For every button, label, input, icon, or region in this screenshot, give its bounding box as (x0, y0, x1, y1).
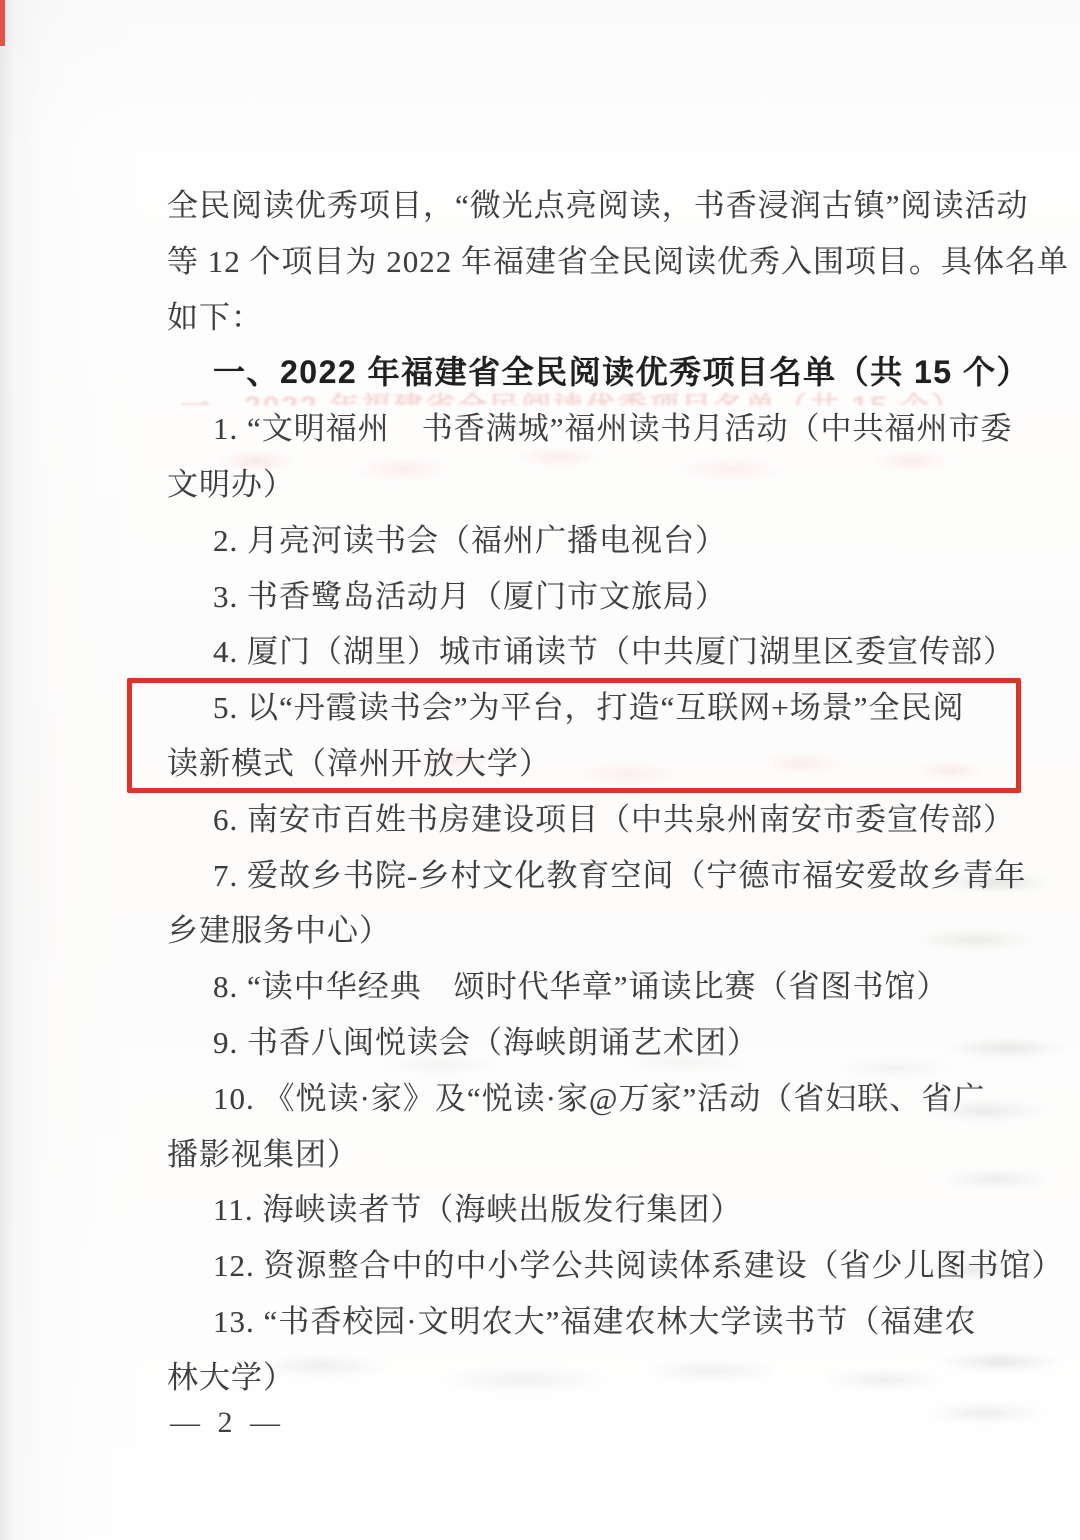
page-number: — 2 — (170, 1406, 285, 1440)
list-line-item2: 2. 月亮河读书会（福州广播电视台） (167, 513, 990, 569)
intro-line: 如下： (167, 290, 990, 346)
list-line-item10: 10. 《悦读·家》及“悦读·家@万家”活动（省妇联、省广 (167, 1071, 990, 1127)
list-line-item9: 9. 书香八闽悦读会（海峡朗诵艺术团） (167, 1015, 990, 1071)
scanned-document-page: 一、2022 年福建省全民阅读优秀项目名单（共 15 个） 全民阅读优秀项目，“… (0, 0, 1080, 1540)
list-line-item11: 11. 海峡读者节（海峡出版发行集团） (167, 1182, 990, 1238)
section-heading: 一、2022 年福建省全民阅读优秀项目名单（共 15 个） (167, 345, 990, 401)
list-line-item12: 12. 资源整合中的中小学公共阅读体系建设（省少儿图书馆） (167, 1238, 990, 1294)
intro-line: 全民阅读优秀项目，“微光点亮阅读，书香浸润古镇”阅读活动 (167, 178, 990, 234)
list-line-item1: 1. “文明福州 书香满城”福州读书月活动（中共福州市委 (167, 401, 990, 457)
list-line-item4: 4. 厦门（湖里）城市诵读节（中共厦门湖里区委宣传部） (167, 624, 990, 680)
scan-shadow-top (0, 0, 1080, 150)
scan-shadow-left (0, 0, 140, 1540)
list-line-item13: 13. “书香校园·文明农大”福建农林大学读书节（福建农 (167, 1294, 990, 1350)
list-line-item10-cont: 播影视集团） (167, 1127, 990, 1183)
scan-edge-red-sliver (0, 0, 5, 46)
list-line-item3: 3. 书香鹭岛活动月（厦门市文旅局） (167, 569, 990, 625)
list-line-item1-cont: 文明办） (167, 457, 990, 513)
list-line-item6: 6. 南安市百姓书房建设项目（中共泉州南安市委宣传部） (167, 792, 990, 848)
highlight-box (127, 678, 1021, 793)
list-line-item13-cont: 林大学） (167, 1350, 990, 1406)
list-line-item8: 8. “读中华经典 颂时代华章”诵读比赛（省图书馆） (167, 959, 990, 1015)
intro-line: 等 12 个项目为 2022 年福建省全民阅读优秀入围项目。具体名单 (167, 234, 990, 290)
list-line-item7: 7. 爱故乡书院-乡村文化教育空间（宁德市福安爱故乡青年 (167, 848, 990, 904)
list-line-item7-cont: 乡建服务中心） (167, 903, 990, 959)
